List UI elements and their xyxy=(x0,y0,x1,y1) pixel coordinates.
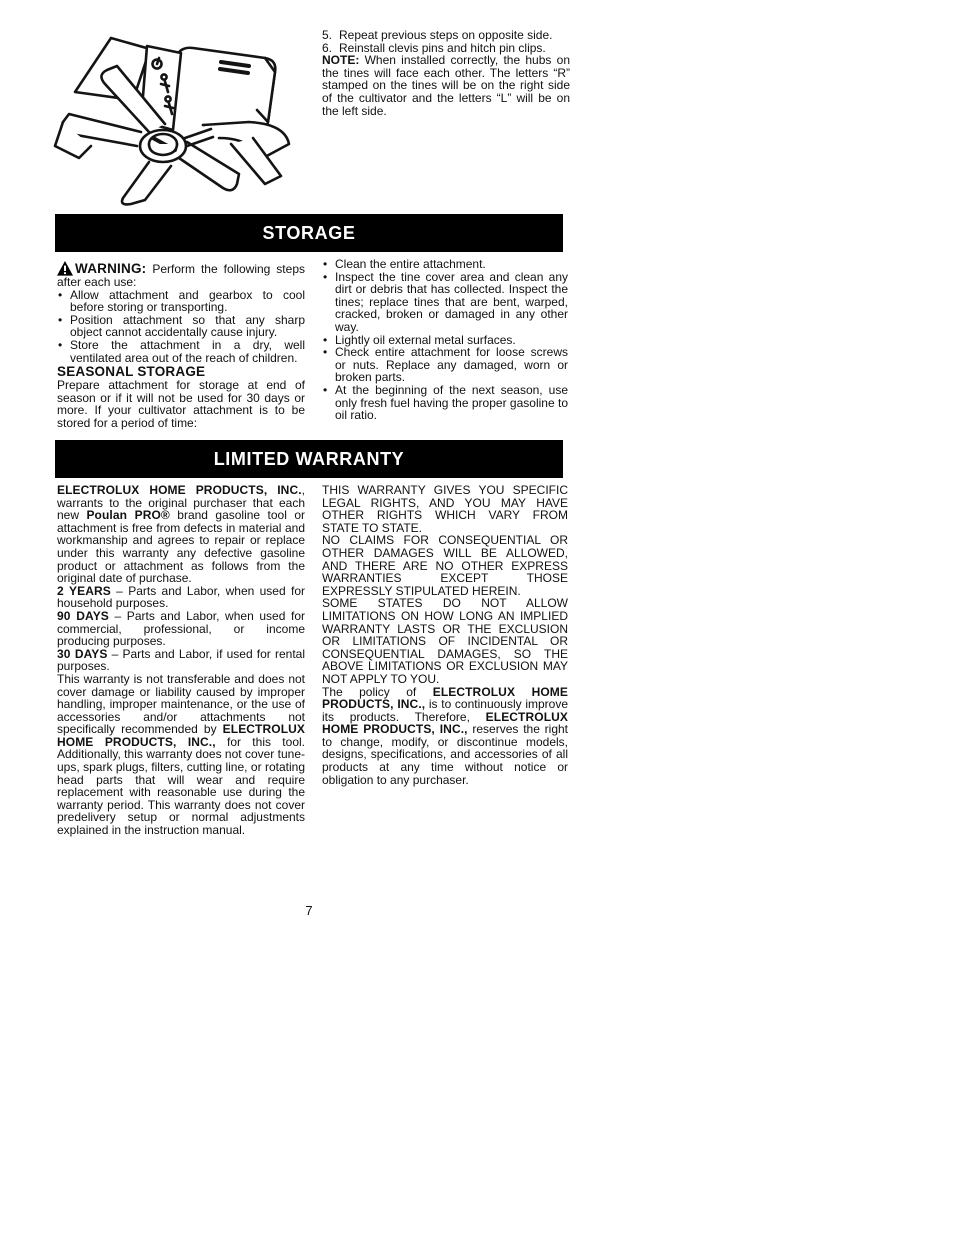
warranty-paragraph: 2 YEARS – Parts and Labor, when used for… xyxy=(57,585,305,610)
warranty-paragraph: SOME STATES DO NOT ALLOW LIMITATIONS ON … xyxy=(322,597,568,685)
storage-left-column: WARNING: Perform the following steps aft… xyxy=(57,261,305,430)
warning-triangle-icon xyxy=(57,261,73,276)
warranty-paragraph: The policy of ELECTROLUX HOME PRODUCTS, … xyxy=(322,686,568,787)
manual-page: 5. Repeat previous steps on opposite sid… xyxy=(0,0,954,1235)
note-paragraph: NOTE: When installed correctly, the hubs… xyxy=(322,54,570,117)
bullet-item: At the beginning of the next season, use… xyxy=(322,384,568,422)
assembly-steps: 5. Repeat previous steps on opposite sid… xyxy=(322,29,570,117)
warranty-paragraph: ELECTROLUX HOME PRODUCTS, INC., warrants… xyxy=(57,484,305,585)
seasonal-storage-text: Prepare attachment for storage at end of… xyxy=(57,379,305,429)
storage-left-bullets: Allow attachment and gearbox to cool bef… xyxy=(57,289,305,365)
warning-label: WARNING: xyxy=(75,261,146,276)
warranty-paragraph: THIS WARRANTY GIVES YOU SPECIFIC LEGAL R… xyxy=(322,484,568,534)
warranty-paragraph: This warranty is not transferable and do… xyxy=(57,673,305,837)
warranty-paragraph: 30 DAYS – Parts and Labor, if used for r… xyxy=(57,648,305,673)
bullet-item: Position attachment so that any sharp ob… xyxy=(57,314,305,339)
bullet-item: Check entire attachment for loose screws… xyxy=(322,346,568,384)
step-item: 5. Repeat previous steps on opposite sid… xyxy=(322,29,570,42)
step-text: Repeat previous steps on opposite side. xyxy=(339,29,570,42)
warranty-section-header: LIMITED WARRANTY xyxy=(55,440,563,478)
warranty-paragraph: NO CLAIMS FOR CONSEQUENTIAL OR OTHER DAM… xyxy=(322,534,568,597)
bullet-item: Inspect the tine cover area and clean an… xyxy=(322,271,568,334)
page-number: 7 xyxy=(55,903,563,918)
warranty-right-column: THIS WARRANTY GIVES YOU SPECIFIC LEGAL R… xyxy=(322,484,568,786)
bullet-item: Clean the entire attachment. xyxy=(322,258,568,271)
step-number: 5. xyxy=(322,29,339,42)
cultivator-tines-illustration xyxy=(53,26,291,206)
warning-paragraph: WARNING: Perform the following steps aft… xyxy=(57,261,305,289)
bullet-item: Store the attachment in a dry, well vent… xyxy=(57,339,305,364)
storage-right-bullets: Clean the entire attachment. Inspect the… xyxy=(322,258,568,422)
storage-section-title: STORAGE xyxy=(263,223,356,243)
storage-section-header: STORAGE xyxy=(55,214,563,252)
warranty-section-title: LIMITED WARRANTY xyxy=(214,449,405,469)
bullet-item: Allow attachment and gearbox to cool bef… xyxy=(57,289,305,314)
storage-right-column: Clean the entire attachment. Inspect the… xyxy=(322,258,568,422)
warranty-paragraph: 90 DAYS – Parts and Labor, when used for… xyxy=(57,610,305,648)
seasonal-storage-heading: SEASONAL STORAGE xyxy=(57,364,305,379)
warranty-left-column: ELECTROLUX HOME PRODUCTS, INC., warrants… xyxy=(57,484,305,837)
